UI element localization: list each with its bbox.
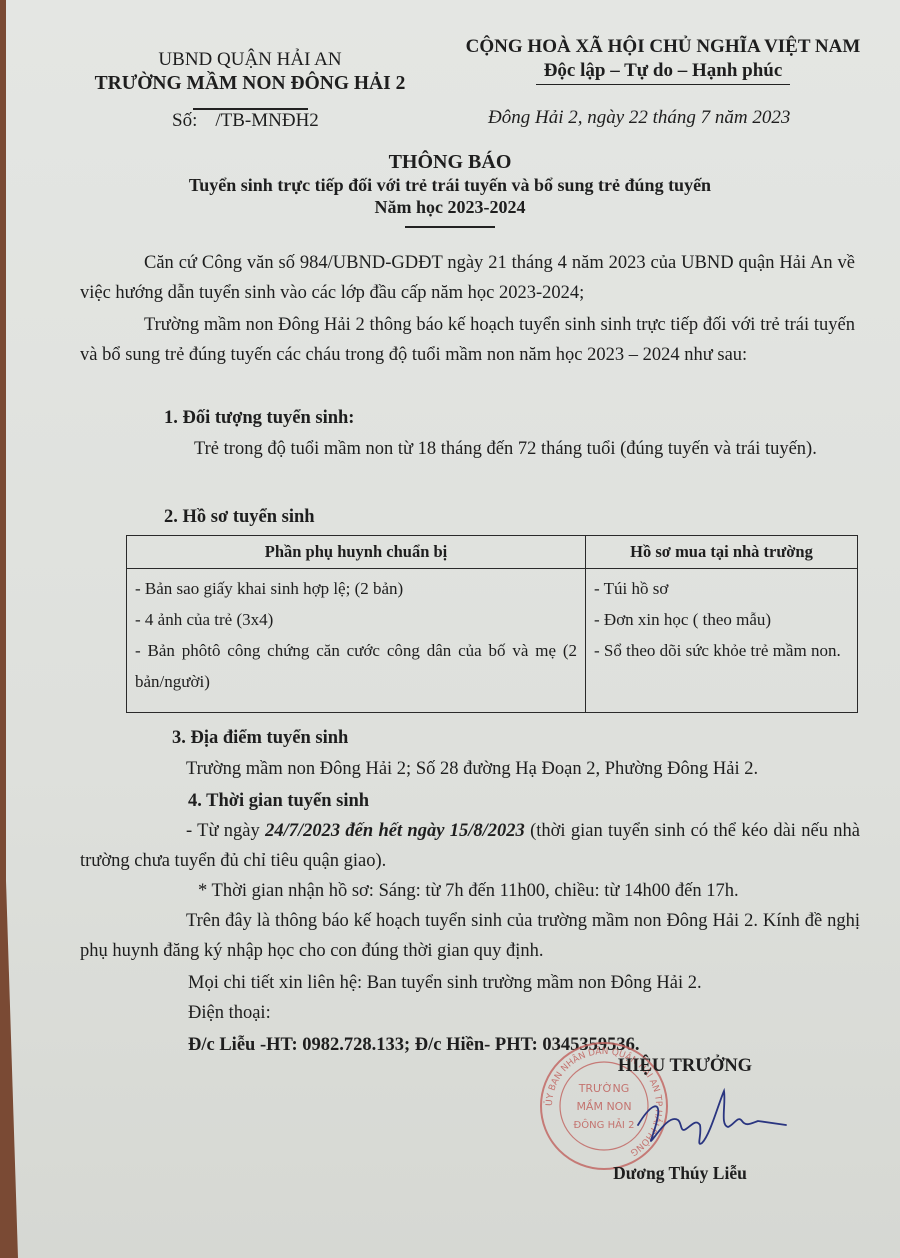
closing-text: Trên đây là thông báo kế hoạch tuyển sin… bbox=[80, 911, 860, 961]
contact-line: Mọi chi tiết xin liên hệ: Ban tuyển sinh… bbox=[188, 968, 702, 998]
period-prefix: - Từ ngày bbox=[186, 821, 265, 841]
phone-label: Điện thoại: bbox=[188, 998, 271, 1028]
parent-prepared-list: - Bản sao giấy khai sinh hợp lệ; (2 bản)… bbox=[127, 569, 586, 713]
list-item: - Đơn xin học ( theo mẫu) bbox=[594, 604, 849, 635]
intro-paragraph-1: Căn cứ Công văn số 984/UBND-GDĐT ngày 21… bbox=[80, 248, 855, 308]
section-3-text: Trường mầm non Đông Hải 2; Số 28 đường H… bbox=[186, 754, 758, 784]
title-divider bbox=[405, 226, 495, 228]
document-number: Số:/TB-MNĐH2 bbox=[172, 110, 319, 132]
intro-paragraph-2: Trường mầm non Đông Hải 2 thông báo kế h… bbox=[80, 310, 855, 370]
school-name: TRƯỜNG MẦM NON ĐÔNG HẢI 2 bbox=[70, 72, 430, 96]
table-header-bought-at-school: Hồ sơ mua tại nhà trường bbox=[586, 536, 858, 569]
table-header-parent-prepared: Phần phụ huynh chuẩn bị bbox=[127, 536, 586, 569]
list-item: - Bản phôtô công chứng căn cước công dân… bbox=[135, 635, 577, 697]
title-subtitle: Tuyển sinh trực tiếp đối với trẻ trái tu… bbox=[100, 174, 800, 196]
intro-text-2: Trường mầm non Đông Hải 2 thông báo kế h… bbox=[80, 315, 855, 365]
section-4-heading: 4. Thời gian tuyển sinh bbox=[188, 786, 369, 816]
intro-text-1: Căn cứ Công văn số 984/UBND-GDĐT ngày 21… bbox=[80, 253, 855, 303]
stamp-center-line-2: MẦM NON bbox=[576, 1099, 631, 1113]
documents-table: Phần phụ huynh chuẩn bị Hồ sơ mua tại nh… bbox=[126, 535, 858, 713]
school-provided-list: - Túi hồ sơ - Đơn xin học ( theo mẫu) - … bbox=[586, 569, 858, 713]
stamp-center-line-1: TRƯỜNG bbox=[578, 1082, 630, 1095]
signatory-name: Dương Thúy Liễu bbox=[580, 1163, 780, 1184]
doc-number-label: Số: bbox=[172, 110, 197, 131]
list-item: - 4 ảnh của trẻ (3x4) bbox=[135, 604, 577, 635]
closing-paragraph: Trên đây là thông báo kế hoạch tuyển sin… bbox=[80, 906, 860, 966]
national-header: CỘNG HOÀ XÃ HỘI CHỦ NGHĨA VIỆT NAM Độc l… bbox=[448, 34, 878, 85]
document-title: THÔNG BÁO Tuyển sinh trực tiếp đối với t… bbox=[100, 150, 800, 228]
national-motto: Độc lập – Tự do – Hạnh phúc bbox=[536, 60, 791, 85]
list-item: - Bản sao giấy khai sinh hợp lệ; (2 bản) bbox=[135, 573, 577, 604]
issuer-header: UBND QUẬN HẢI AN TRƯỜNG MẦM NON ĐÔNG HẢI… bbox=[70, 48, 430, 110]
place-and-date: Đông Hải 2, ngày 22 tháng 7 năm 2023 bbox=[488, 107, 790, 129]
issuing-authority: UBND QUẬN HẢI AN bbox=[70, 48, 430, 72]
enrollment-dates: 24/7/2023 đến hết ngày 15/8/2023 bbox=[265, 821, 525, 841]
section-1-heading: 1. Đối tượng tuyển sinh: bbox=[164, 403, 354, 433]
list-item: - Túi hồ sơ bbox=[594, 573, 849, 604]
signatory-title: HIỆU TRƯỞNG bbox=[585, 1056, 785, 1077]
title-school-year: Năm học 2023-2024 bbox=[100, 196, 800, 218]
country-name: CỘNG HOÀ XÃ HỘI CHỦ NGHĨA VIỆT NAM bbox=[448, 34, 878, 60]
section-3-heading: 3. Địa điểm tuyển sinh bbox=[172, 723, 348, 753]
title-main: THÔNG BÁO bbox=[100, 150, 800, 174]
doc-number-value: /TB-MNĐH2 bbox=[215, 110, 318, 131]
section-4-hours: * Thời gian nhận hồ sơ: Sáng: từ 7h đến … bbox=[198, 876, 739, 906]
section-2-heading: 2. Hồ sơ tuyển sinh bbox=[164, 502, 315, 532]
handwritten-signature-icon bbox=[630, 1085, 790, 1155]
table-row: - Bản sao giấy khai sinh hợp lệ; (2 bản)… bbox=[127, 569, 858, 713]
section-1-text: Trẻ trong độ tuổi mầm non từ 18 tháng đế… bbox=[194, 434, 858, 464]
list-item: - Sổ theo dõi sức khỏe trẻ mầm non. bbox=[594, 635, 849, 666]
section-4-period: - Từ ngày 24/7/2023 đến hết ngày 15/8/20… bbox=[80, 816, 860, 876]
stamp-center-line-3: ĐÔNG HẢI 2 bbox=[574, 1117, 635, 1131]
